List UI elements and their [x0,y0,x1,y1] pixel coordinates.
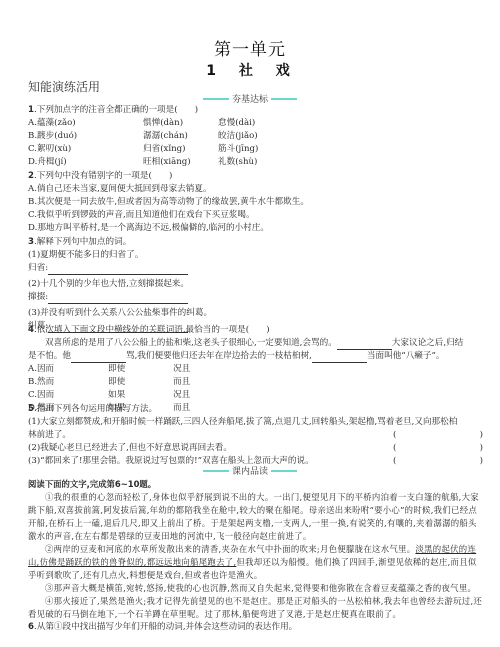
answer-line-row: 归省: [28,262,483,278]
paren: ( [393,443,396,453]
question-number: 2 [28,171,34,181]
passage-paragraph-3: ③那声音大概是横笛,宛转,悠扬,使我的心也沉静,然而又自失起来,觉得要和他弥散在… [28,582,483,595]
passage-text: 骂,我们便要他归还去年在岸边拾去的一枝枯桕树, [126,351,312,361]
banner-line-left [203,470,229,472]
sentence-text: 林前进了。 [28,430,71,440]
passage-paragraph-2: ②两岸的豆麦和河底的水草所发散出来的清香,夹杂在水气中扑面的吹来;月色便朦胧在这… [28,543,483,582]
question-stem: 2.下列句中没有错别字的一项是( ) [28,170,483,183]
sub-question-sentence: (3)并没有听到什么关系八公公盐柴事件的纠葛。 [28,307,483,320]
option-cell: 怠慢(dài) [218,117,298,130]
option-cell: 筋斗(jīng) [218,143,298,156]
banner-line-left [203,98,229,100]
passage-text: 双喜所虑的是用了八公公船上的盐和柴,这老头子很细心,一定要知道,会骂的。 [45,338,337,348]
question-text: 依次填入下面文段中横线处的关联词语,最恰当的一项是( ) [37,325,270,335]
option-cell: A.因而 [28,363,108,376]
option-d[interactable]: D.那地方叫平桥村,是一个离海边不远,极偏僻的,临河的小村庄。 [28,222,483,235]
answer-blank[interactable] [48,293,188,304]
question-1: 1.下列加点字的注音全都正确的一项是( ) A.蕴藻(zǎo)惧惮(dàn)怠慢… [28,104,483,169]
sub-question-sentence: (2)十几个别的少年也大悟,立刻撺掇起来。 [28,278,483,291]
question-number: 5 [28,404,34,414]
worksheet-page: 第一单元 1 社 戏 知能演练活用 夯基达标 1.下列加点字的注音全都正确的一项… [0,0,500,647]
option-b[interactable]: B.其次便是一同去放牛,但或者因为高等动物了的缘故罢,黄牛水牛都欺生。 [28,196,483,209]
option-cell: 如果 [108,389,173,402]
option-row[interactable]: B.然而即使而且 [28,376,483,389]
option-cell: 旺相(xiāng) [143,156,208,169]
passage-text: 大家议论之后,归结 [392,338,463,348]
option-cell: B.踱步(duó) [28,130,98,143]
option-cell: C.因而 [28,389,108,402]
option-row[interactable]: A.因而即使况且 [28,363,483,376]
question-number: 6 [28,622,34,632]
question-stem: 3.解释下列句中加点的词。 [28,236,483,249]
option-cell: 惧惮(dàn) [143,117,208,130]
passage-text: 当面叫他“八癞子”。 [367,351,445,361]
fill-passage-line-2: 是不怕。他骂,我们便要他归还去年在岸边拾去的一枝枯桕树,当面叫他“八癞子”。 [28,350,483,363]
option-cell: D.舟楫(jí) [28,156,98,169]
option-cell: 归省(xǐng) [143,143,208,156]
sub-question-line: 林前进了。() [28,429,483,442]
option-cell: 潺潺(chán) [143,130,208,143]
sub-question-line: (1)大家立刻都赞成,和开船时候一样踊跃,三四人径奔船尾,拔了篙,点退几丈,回转… [28,416,483,429]
option-cell: C.絮叨(xù) [28,143,98,156]
option-row[interactable]: D.舟楫(jí)旺相(xiāng)礼数(shù) [28,156,483,169]
option-row[interactable]: B.踱步(duó)潺潺(chán)皎洁(jiǎo) [28,130,483,143]
paren: ( [393,430,396,440]
question-stem: 5.指出下列各句运用的描写方法。 [28,403,483,416]
question-stem: 4.依次填入下面文段中横线处的关联词语,最恰当的一项是( ) [28,324,483,337]
sub-question-line: (2)我疑心老旦已经进去了,但也不好意思说再回去看。() [28,442,483,455]
sentence-text: (2)我疑心老旦已经进去了,但也不好意思说再回去看。 [28,443,232,453]
option-cell: A.蕴藻(zǎo) [28,117,98,130]
blank-1[interactable] [337,339,392,350]
question-6: 6.从第①段中找出描写少年们开船的动词,并体会这些动词的表达作用。 [28,621,483,634]
question-text: 指出下列各句运用的描写方法。 [37,404,157,414]
question-3: 3.解释下列句中加点的词。 (1)夏期便不能多日的归省了。 归省: (2)十几个… [28,236,483,334]
option-cell: 礼数(shù) [218,156,298,169]
question-5: 5.指出下列各句运用的描写方法。 (1)大家立刻都赞成,和开船时候一样踊跃,三四… [28,403,483,468]
question-2: 2.下列句中没有错别字的一项是( ) A.倘自己还未当家,夏间便大抵回到母家去销… [28,170,483,235]
question-text: 下列句中没有错别字的一项是( ) [37,171,173,181]
section-label: 课内品读 [229,464,271,477]
answer-label: 撺掇: [28,292,48,302]
question-number: 4 [28,325,34,335]
passage-text: 是不怕。他 [28,351,71,361]
banner-line-right [271,470,297,472]
option-cell: 而且 [173,376,190,389]
question-number: 3 [28,237,34,247]
question-number: 1 [28,105,34,115]
answer-label: 归省: [28,263,48,273]
section-banner-reading: 课内品读 [0,464,500,477]
unit-title: 第一单元 [0,35,500,60]
option-row[interactable]: A.蕴藻(zǎo)惧惮(dàn)怠慢(dài) [28,117,483,130]
passage-text: ②两岸的豆麦和河底的水草所发散出来的清香,夹杂在水气中扑面的吹来;月色便朦胧在这… [45,544,415,554]
question-text: 从第①段中找出描写少年们开船的动词,并体会这些动词的表达作用。 [37,622,298,632]
banner-line-right [271,98,297,100]
answer-parentheses[interactable]: () [393,429,483,442]
option-cell: 况且 [173,363,190,376]
fill-passage: 双喜所虑的是用了八公公船上的盐和柴,这老头子很细心,一定要知道,会骂的。大家议论… [28,337,483,350]
option-c[interactable]: C.我似乎听到锣鼓的声音,而且知道他们在戏台下买豆浆喝。 [28,209,483,222]
answer-line-row: 撺掇: [28,291,483,307]
option-cell: 即使 [108,376,173,389]
option-cell: 皎洁(jiǎo) [218,130,298,143]
passage-paragraph-4: ④那火接近了,果然是渔火;我才记得先前望见的也不是赵庄。那是正对船头的一丛松柏林… [28,595,483,621]
lesson-title: 1 社 戏 [0,60,500,80]
blank-2[interactable] [71,352,126,363]
reading-section: 阅读下面的文字,完成第6~10题。 ①我的很重的心忽而轻松了,身体也似乎舒展到说… [28,478,483,634]
question-text: 下列加点字的注音全都正确的一项是( ) [37,105,198,115]
blank-3[interactable] [312,352,367,363]
question-text: 解释下列句中加点的词。 [37,237,132,247]
answer-parentheses[interactable]: () [393,442,483,455]
reading-instruction: 阅读下面的文字,完成第6~10题。 [28,478,483,491]
option-row[interactable]: C.絮叨(xù)归省(xǐng)筋斗(jīng) [28,143,483,156]
question-stem: 1.下列加点字的注音全都正确的一项是( ) [28,104,483,117]
option-a[interactable]: A.倘自己还未当家,夏间便大抵回到母家去销夏。 [28,183,483,196]
option-cell: B.然而 [28,376,108,389]
passage-paragraph-1: ①我的很重的心忽而轻松了,身体也似乎舒展到说不出的大。一出门,便望见月下的平桥内… [28,491,483,543]
paren: ) [480,442,483,455]
question-4: 4.依次填入下面文段中横线处的关联词语,最恰当的一项是( ) 双喜所虑的是用了八… [28,324,483,415]
option-row[interactable]: C.因而如果况且 [28,389,483,402]
option-cell: 况且 [173,389,190,402]
sub-question-sentence: (1)夏期便不能多日的归省了。 [28,249,483,262]
paren: ) [480,429,483,442]
answer-blank[interactable] [48,264,188,275]
option-cell: 即使 [108,363,173,376]
